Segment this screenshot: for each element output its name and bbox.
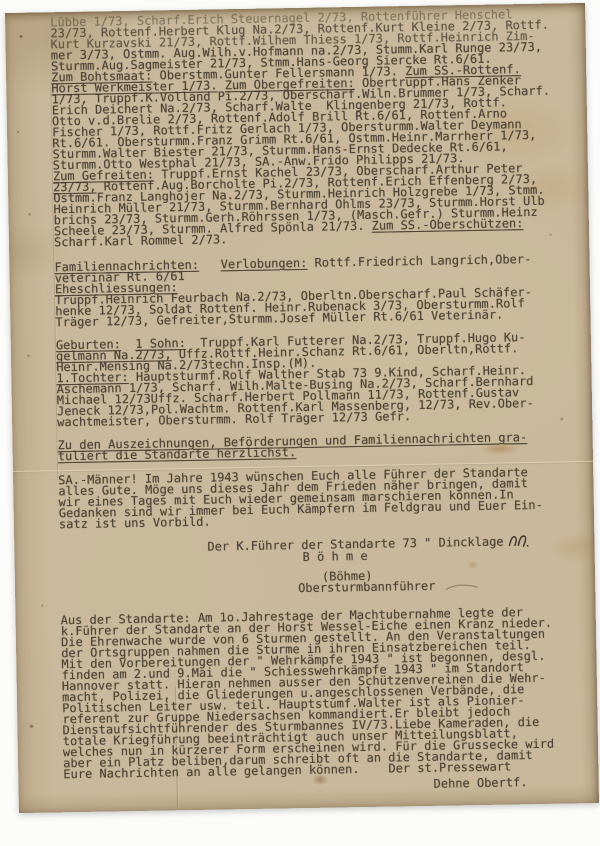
- paper-speck: [29, 213, 31, 216]
- typed-text-segment: B ö h m e: [302, 549, 367, 564]
- typed-text-segment: Dehne Obertf.: [433, 775, 527, 791]
- typed-text: Lübbe 1/73, Scharf.Erich Steuernagel 2/7…: [50, 8, 587, 796]
- paper-speck: [41, 605, 43, 607]
- paper-speck: [17, 131, 19, 133]
- handwritten-initials-mark: [506, 533, 530, 548]
- paper-speck: [27, 355, 30, 357]
- paper-speck: [19, 35, 22, 38]
- pencil-swoosh-mark: [445, 582, 479, 593]
- underlined-heading: tuliert die Standarte herzlichst.: [58, 445, 297, 463]
- paper-sheet: Lübbe 1/73, Scharf.Erich Steuernagel 2/7…: [5, 3, 599, 813]
- typed-text-segment: Scharf.Karl Rommel 2/73.: [54, 232, 228, 249]
- scan-background: { "document": { "colors": { "paper": "#c…: [0, 0, 600, 846]
- typed-text-segment: satz ist uns Vorbild.: [59, 515, 211, 532]
- typed-text-segment: Obersturmbannführer: [298, 579, 436, 595]
- paper-speck: [29, 725, 33, 728]
